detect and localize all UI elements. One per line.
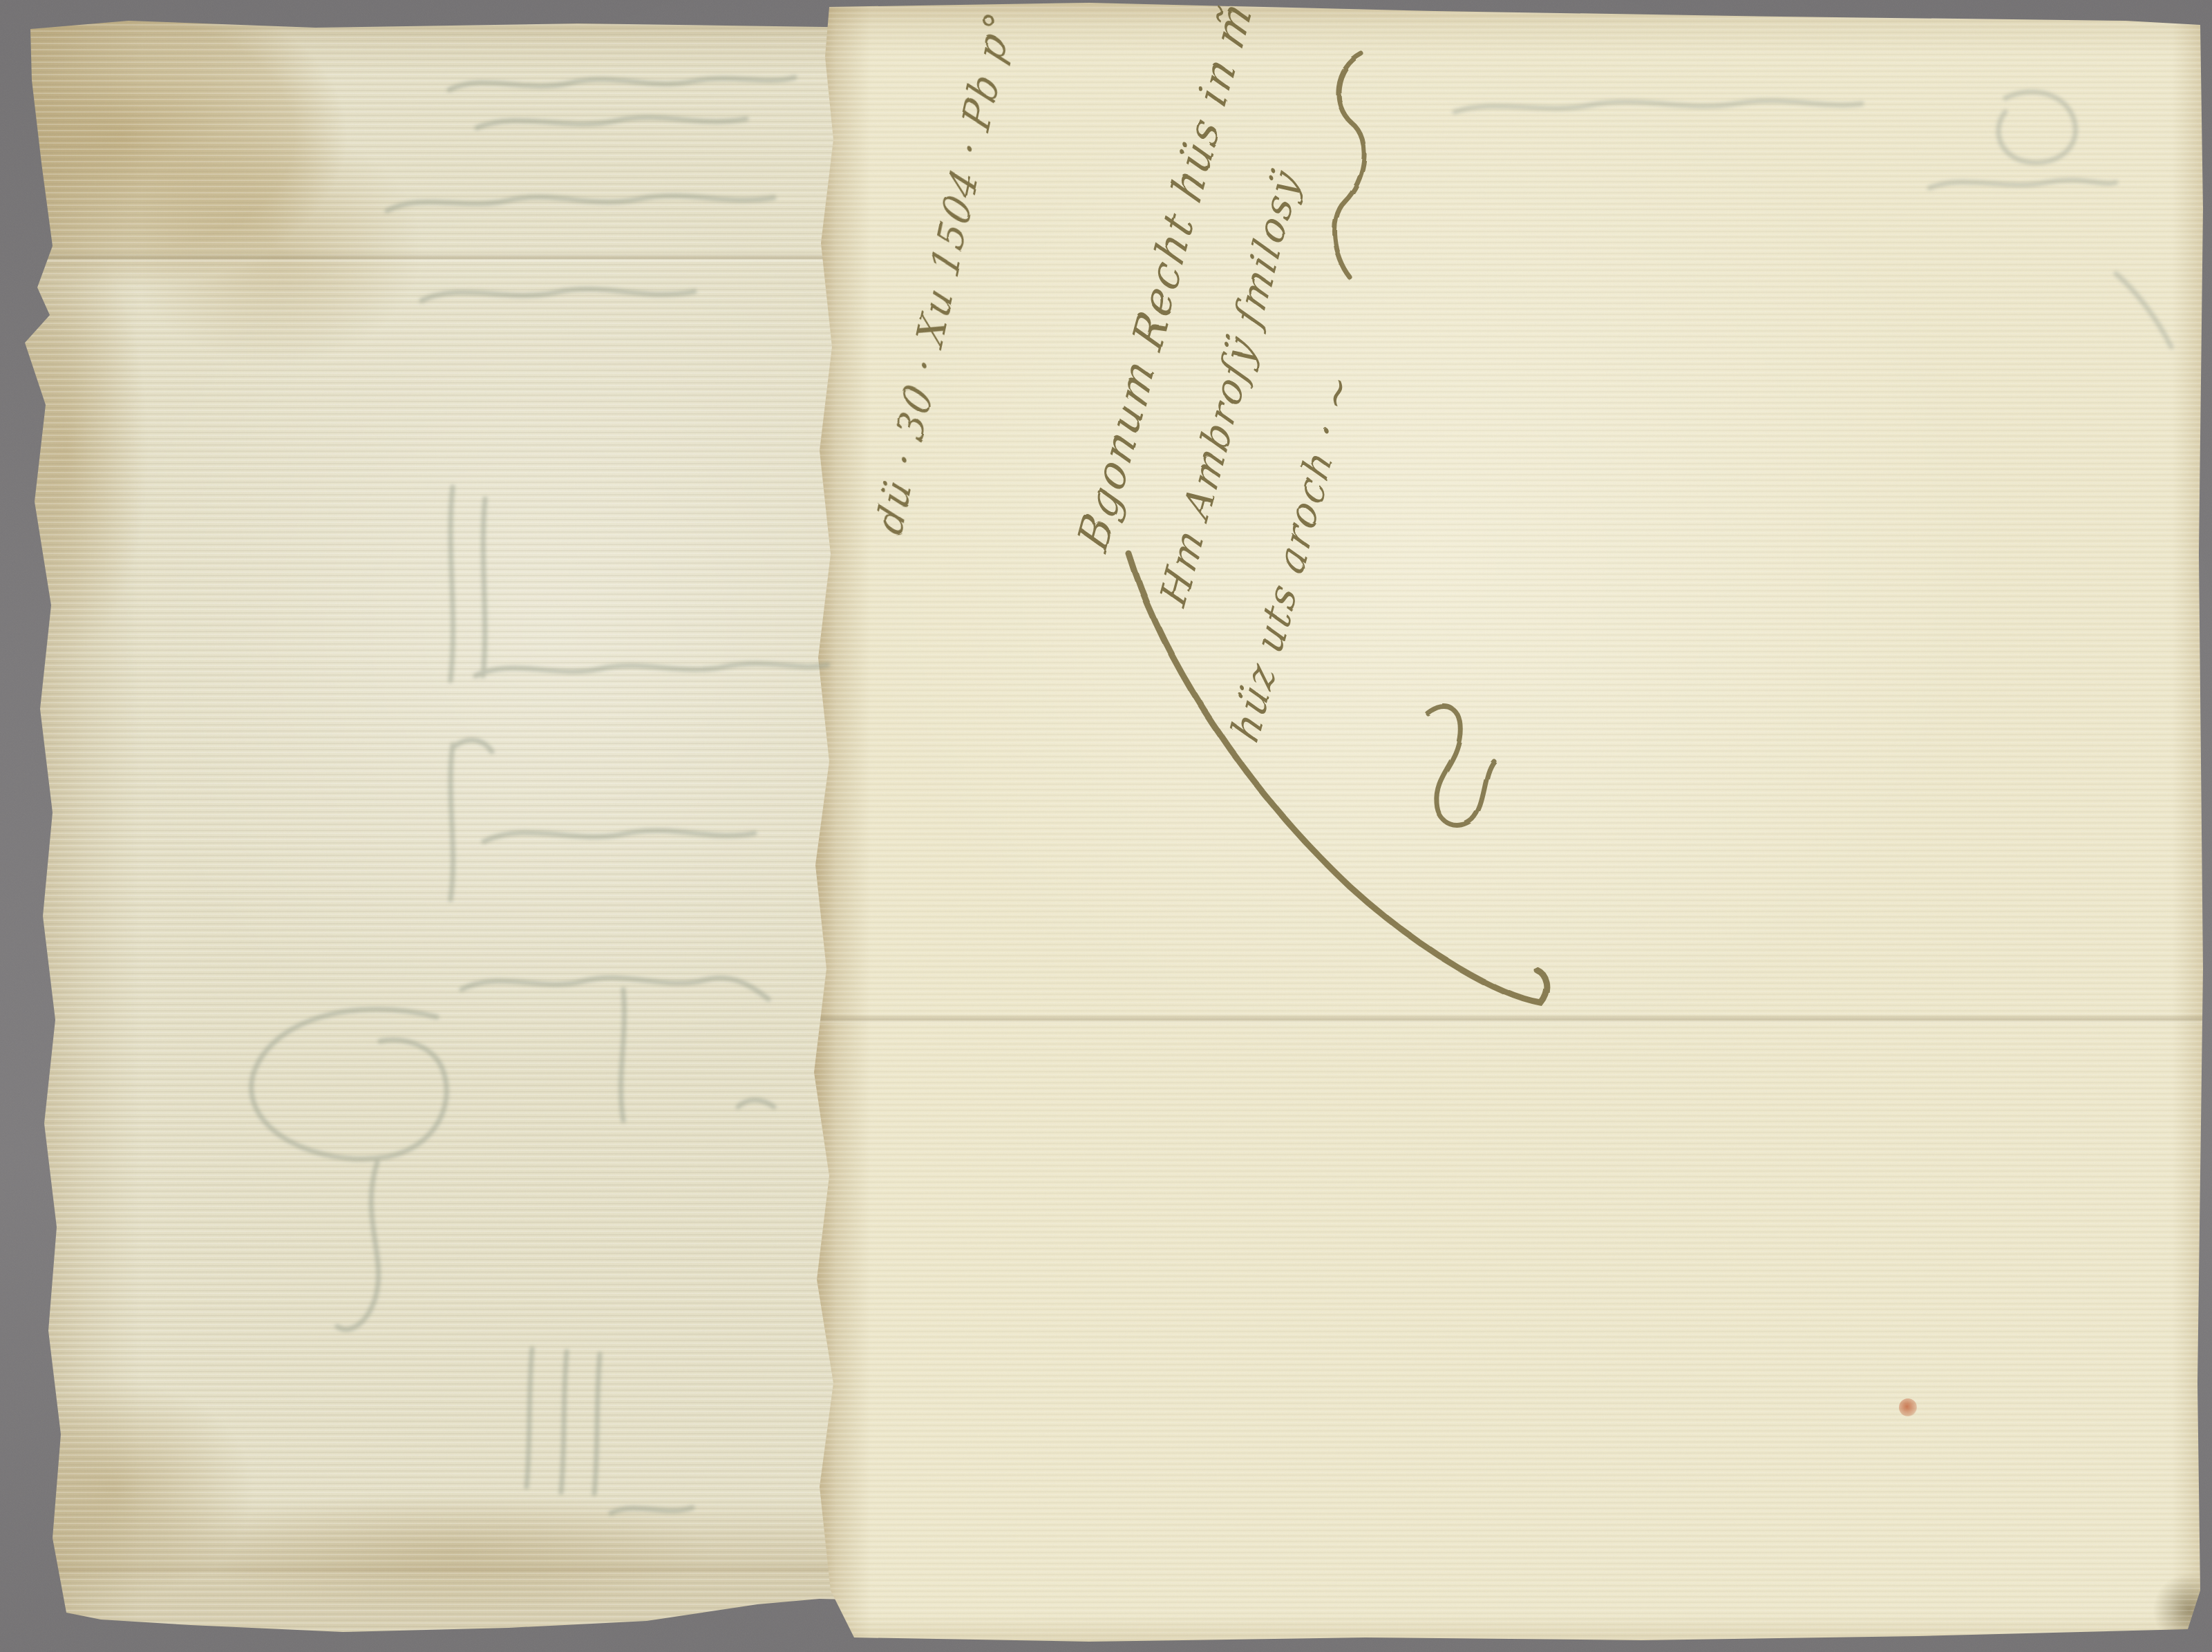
red-pigment-spot [1899,1398,1917,1416]
fold-crease-right-leaf [813,1014,2204,1024]
fold-crease-left-sheet [25,253,872,263]
stain-band-left-sheet [25,1564,872,1574]
manuscript-photo: dü · 30 · Xu 1504 · Pb p° Bgonum Recht h… [0,0,2212,1652]
left-paper-sheet [25,18,872,1635]
right-paper-leaf [813,1,2204,1648]
